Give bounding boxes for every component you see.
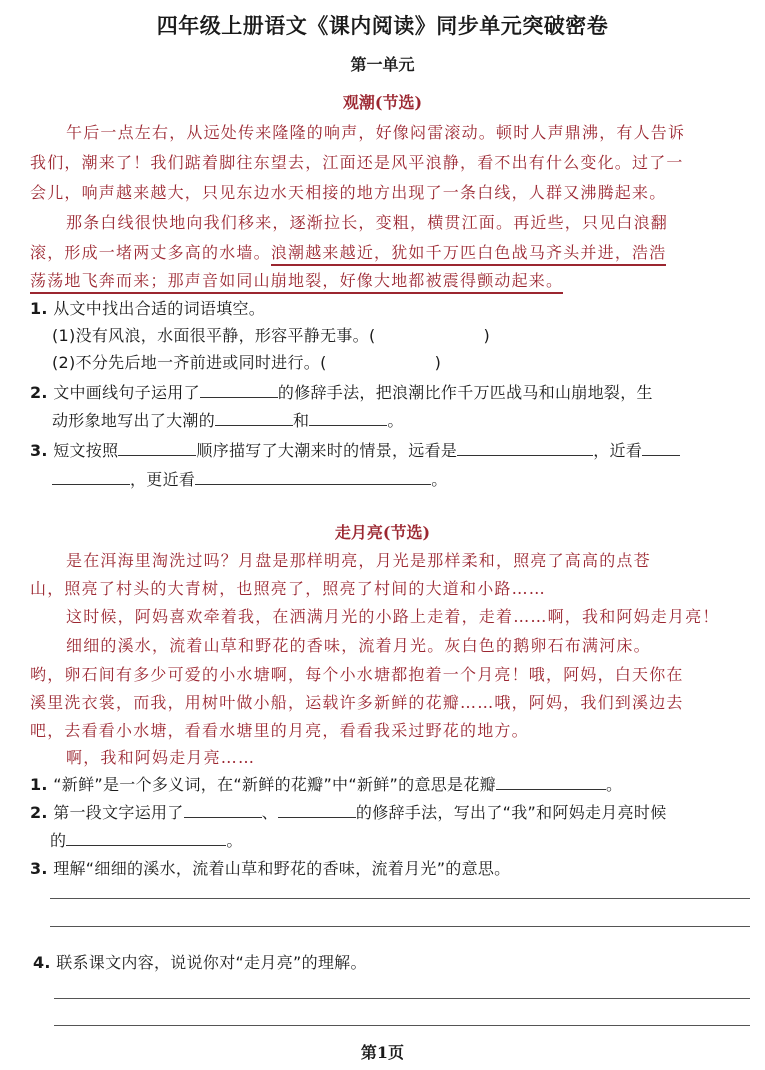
passage-title-zouyueliang: 走月亮(节选) xyxy=(0,520,765,543)
answer-blank[interactable] xyxy=(327,352,435,368)
passage-line: 滚，形成一堵两丈多高的水墙。浪潮越来越近，犹如千万匹白色战马齐头并进，浩浩 xyxy=(30,240,666,263)
question-1-sub-1: (1)没有风浪，水面很平静，形容平静无事。() xyxy=(52,323,490,346)
passage-line: 那条白线很快地向我们移来，逐渐拉长，变粗，横贯江面。再近些，只见白浪翻 xyxy=(66,210,668,233)
underlined-sentence: 荡荡地飞奔而来；那声音如同山崩地裂，好像大地都被震得颤动起来。 xyxy=(30,271,563,294)
question-text: (2)不分先后地一齐前进或同时进行。( xyxy=(52,353,327,372)
document-title: 四年级上册语文《课内阅读》同步单元突破密卷 xyxy=(0,10,765,40)
passage-line: 溪里洗衣裳，而我，用树叶做小船，运载许多新鲜的花瓣……哦，阿妈，我们到溪边去 xyxy=(30,690,684,713)
passage-line: 荡荡地飞奔而来；那声音如同山崩地裂，好像大地都被震得颤动起来。 xyxy=(30,268,563,291)
question-1: 1. “新鲜”是一个多义词，在“新鲜的花瓣”中“新鲜”的意思是花瓣。 xyxy=(30,772,622,795)
question-1-sub-2: (2)不分先后地一齐前进或同时进行。() xyxy=(52,350,441,373)
underlined-sentence: 浪潮越来越近，犹如千万匹白色战马齐头并进，浩浩 xyxy=(271,243,667,266)
answer-line[interactable] xyxy=(50,898,750,899)
answer-line[interactable] xyxy=(54,1025,750,1026)
answer-blank[interactable] xyxy=(496,773,606,790)
passage-line: 会儿，响声越来越大，只见东边水天相接的地方出现了一条白线，人群又沸腾起来。 xyxy=(30,180,666,203)
passage-line: 是在洱海里淘洗过吗？月盘是那样明亮，月光是那样柔和，照亮了高高的点苍 xyxy=(66,548,651,571)
answer-blank[interactable] xyxy=(195,468,431,485)
passage-line: 哟，卵石间有多少可爱的小水塘啊，每个小水塘都抱着一个月亮！哦，阿妈，白天你在 xyxy=(30,662,684,685)
answer-blank[interactable] xyxy=(457,439,593,456)
question-2: 2. 文中画线句子运用了的修辞手法，把浪潮比作千万匹战马和山崩地裂，生 xyxy=(30,380,653,403)
question-1: 1. 从文中找出合适的词语填空。 xyxy=(30,296,265,319)
passage-line: 细细的溪水，流着山草和野花的香味，流着月光。灰白色的鹅卵石布满河床。 xyxy=(66,633,651,656)
passage-line: 这时候，阿妈喜欢牵着我，在洒满月光的小路上走着，走着……啊，我和阿妈走月亮！ xyxy=(66,604,720,627)
passage-title-guanchao: 观潮(节选) xyxy=(0,90,765,113)
answer-blank[interactable] xyxy=(309,409,387,426)
answer-blank[interactable] xyxy=(215,409,293,426)
answer-line[interactable] xyxy=(50,926,750,927)
question-text: (1)没有风浪，水面很平静，形容平静无事。( xyxy=(52,326,376,345)
answer-blank[interactable] xyxy=(52,468,130,485)
question-number: 2. xyxy=(30,383,48,402)
answer-blank[interactable] xyxy=(66,829,226,846)
answer-blank[interactable] xyxy=(184,801,262,818)
page-number: 第1页 xyxy=(0,1040,765,1063)
answer-blank[interactable] xyxy=(376,325,484,341)
question-2: 2. 第一段文字运用了、的修辞手法，写出了“我”和阿妈走月亮时候 xyxy=(30,800,667,823)
question-2-cont: 的。 xyxy=(50,828,243,851)
unit-heading: 第一单元 xyxy=(0,52,765,75)
question-number: 3. xyxy=(30,441,48,460)
question-number: 2. xyxy=(30,803,48,822)
passage-line: 我们，潮来了！我们踮着脚往东望去，江面还是风平浪静，看不出有什么变化。过了一 xyxy=(30,150,684,173)
passage-line: 山，照亮了村头的大青树，也照亮了，照亮了村间的大道和小路…… xyxy=(30,576,546,599)
question-3: 3. 短文按照顺序描写了大潮来时的情景，远看是，近看 xyxy=(30,438,680,461)
question-3-cont: ，更近看。 xyxy=(52,467,448,490)
passage-line: 吧，去看看小水塘，看看水塘里的月亮，看看我采过野花的地方。 xyxy=(30,718,529,741)
answer-blank[interactable] xyxy=(278,801,356,818)
question-number: 1. xyxy=(30,775,48,794)
question-number: 4. xyxy=(33,953,51,972)
passage-text: 滚，形成一堵两丈多高的水墙。 xyxy=(30,243,271,262)
question-3: 3. 理解“细细的溪水，流着山草和野花的香味，流着月光”的意思。 xyxy=(30,856,510,879)
question-4: 4. 联系课文内容，说说你对“走月亮”的理解。 xyxy=(33,950,367,973)
question-text: 从文中找出合适的词语填空。 xyxy=(53,299,265,318)
answer-line[interactable] xyxy=(54,998,750,999)
answer-blank[interactable] xyxy=(642,439,680,456)
answer-blank[interactable] xyxy=(200,381,278,398)
question-number: 3. xyxy=(30,859,48,878)
passage-line: 啊，我和阿妈走月亮…… xyxy=(66,745,255,768)
question-number: 1. xyxy=(30,299,48,318)
passage-line: 午后一点左右，从远处传来隆隆的响声，好像闷雷滚动。顿时人声鼎沸，有人告诉 xyxy=(66,120,685,143)
answer-blank[interactable] xyxy=(118,439,196,456)
question-2-cont: 动形象地写出了大潮的和。 xyxy=(52,408,404,431)
